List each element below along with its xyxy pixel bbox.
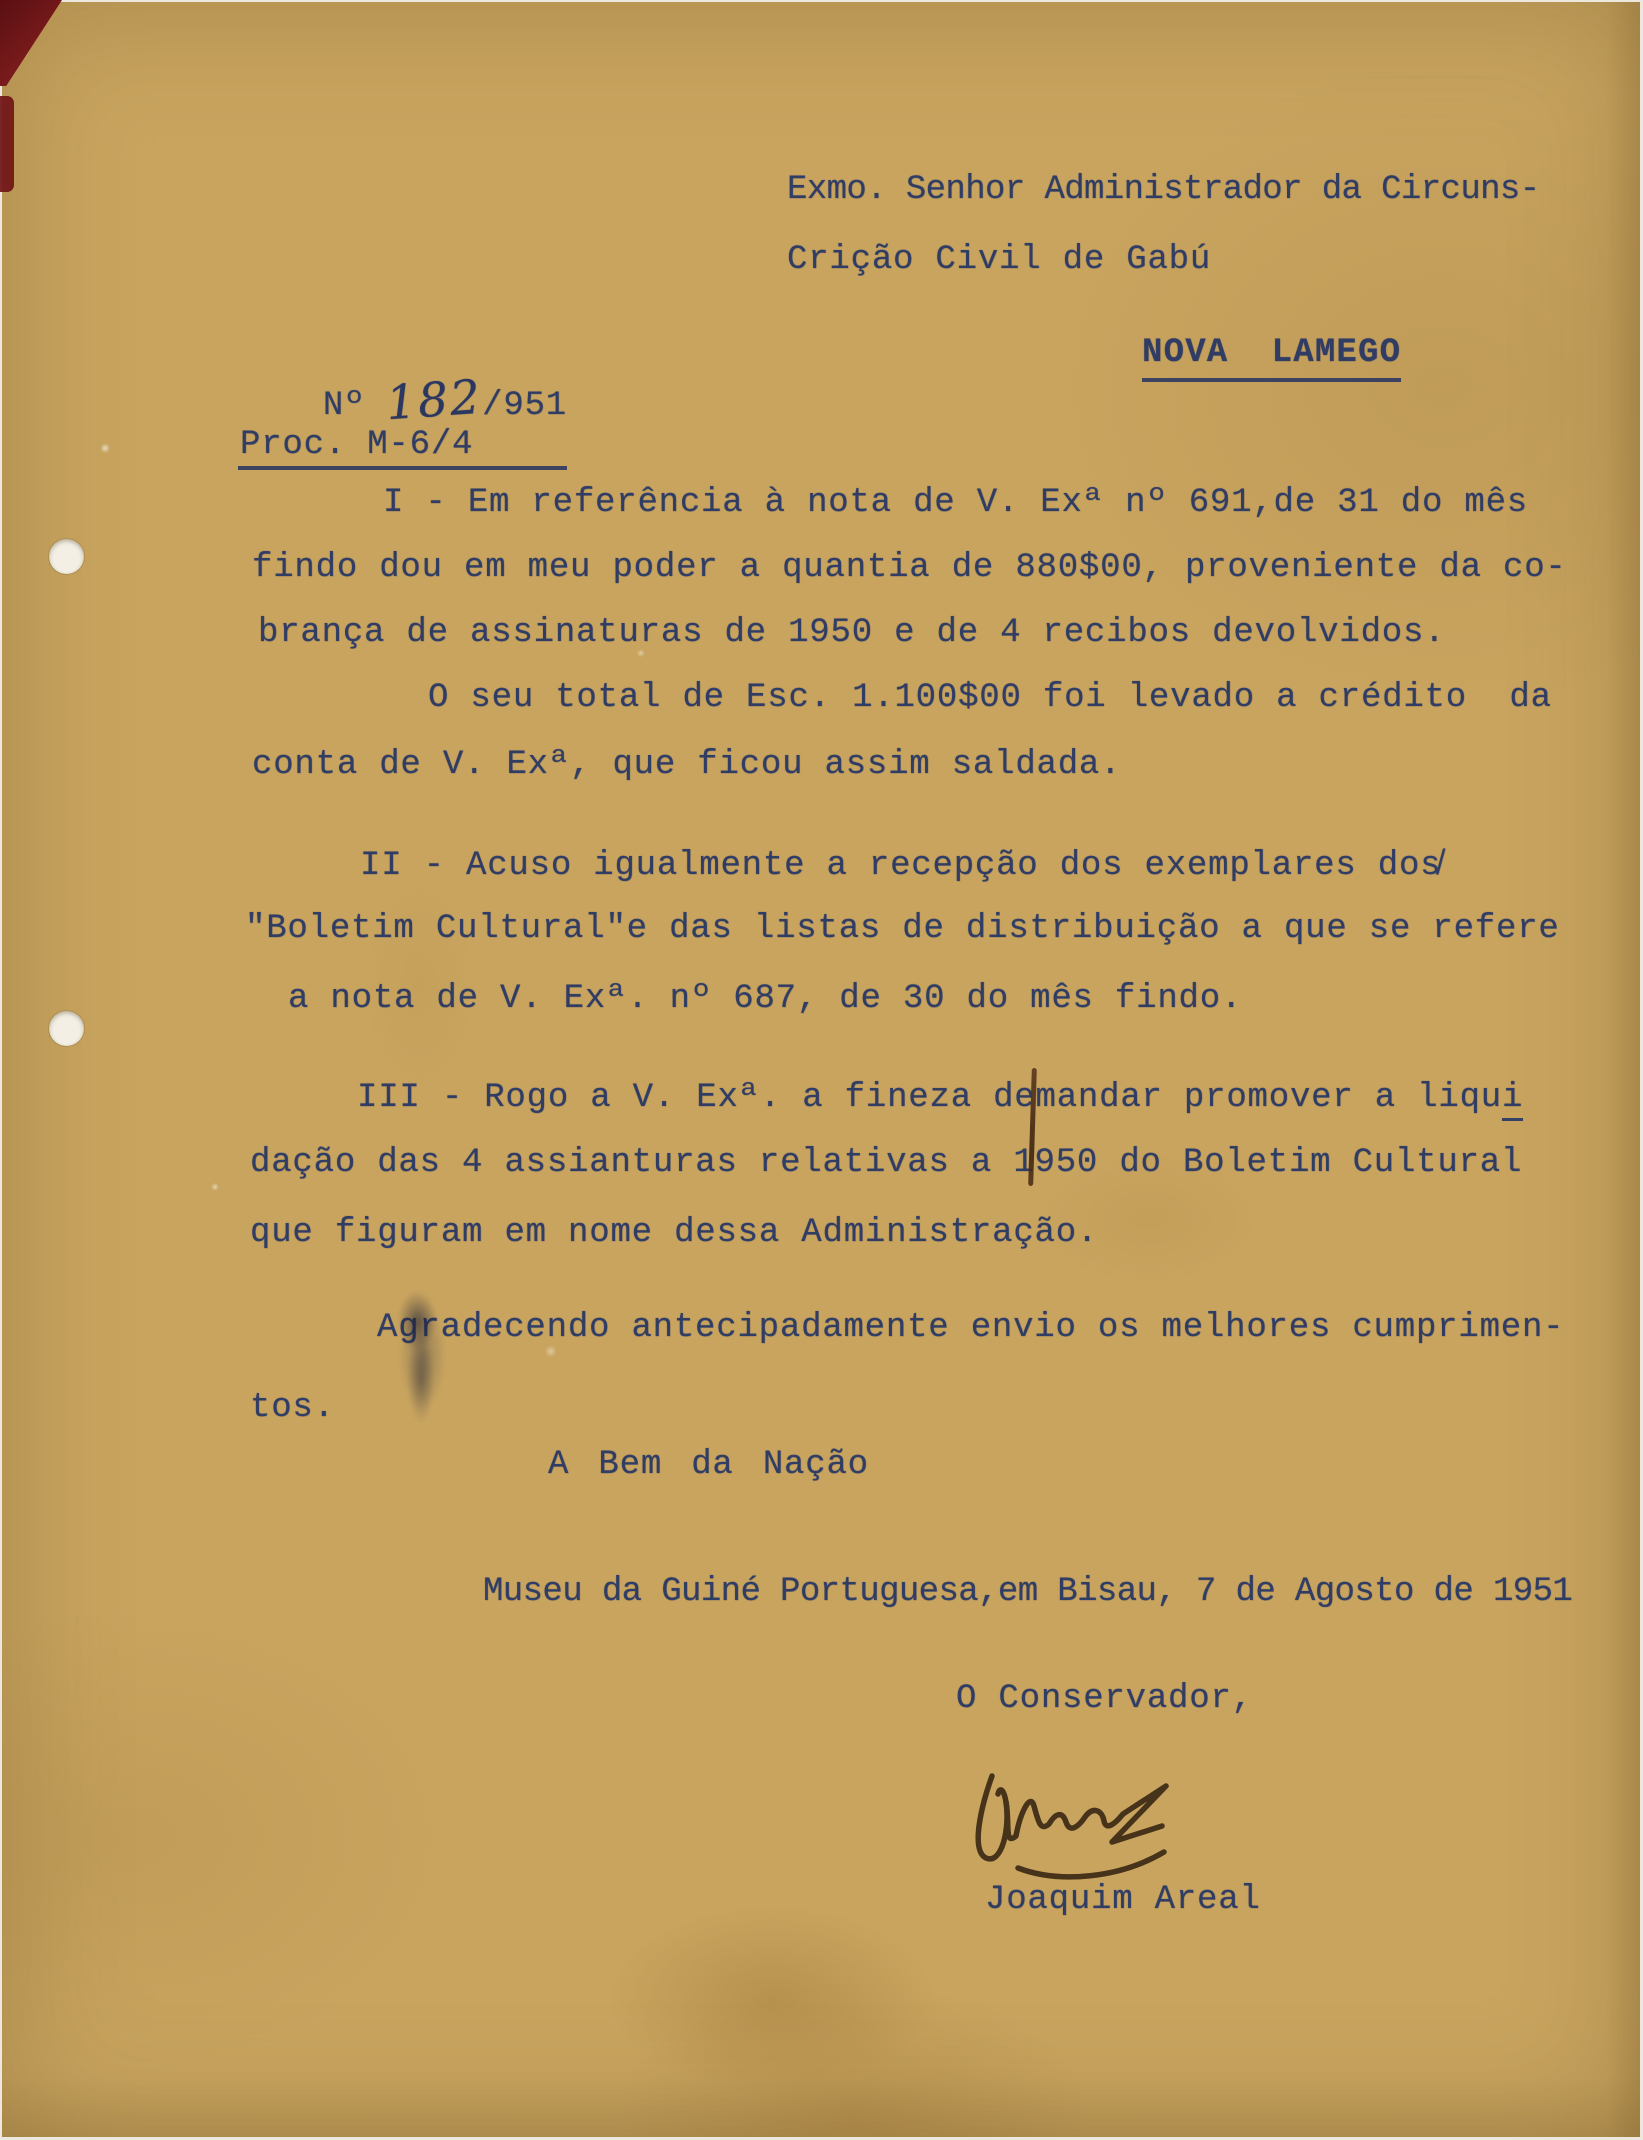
dateline: Museu da Guiné Portuguesa,em Bisau, 7 de… [483, 1575, 1572, 1611]
ink-blot [382, 1288, 460, 1438]
reference-number-handwritten: 182 [385, 378, 483, 422]
signature-scribble [952, 1742, 1210, 1900]
body-line: tos. [250, 1391, 335, 1427]
body-line: brança de assinaturas de 1950 e de 4 rec… [258, 616, 1445, 652]
body-line: a nota de V. Exª. nº 687, de 30 do mês f… [288, 982, 1242, 1018]
body-line: III - Rogo a V. Exª. a fineza demandar p… [357, 1081, 1523, 1117]
place-name: NOVA LAMEGO [1142, 336, 1401, 382]
body-line: O seu total de Esc. 1.100$00 foi levado … [428, 681, 1552, 717]
edge-fragment [0, 96, 14, 192]
body-line: "Boletim Cultural"e das listas de distri… [245, 912, 1560, 948]
body-line: I - Em referência à nota de V. Exª nº 69… [383, 486, 1528, 522]
motto: A Bem da Nação [548, 1448, 869, 1484]
body-line: Agradecendo antecipadamente envio os mel… [377, 1311, 1564, 1347]
punch-hole-bottom [49, 1011, 84, 1046]
scanned-letter-page: Exmo. Senhor Administrador da Circuns- C… [0, 0, 1643, 2140]
body-line-text: III - Rogo a V. Exª. a fineza demandar p… [357, 1079, 1502, 1117]
reference-suffix: /951 [482, 387, 567, 425]
signature-name: Joaquim Areal [985, 1883, 1261, 1919]
body-line: conta de V. Exª, que ficou assim saldada… [252, 748, 1121, 784]
body-line: II - Acuso igualmente a recepção dos exe… [360, 849, 1441, 885]
role-line: O Conservador, [956, 1682, 1253, 1718]
addressee-line-2: Crição Civil de Gabú [787, 243, 1211, 279]
body-line: dação das 4 assianturas relativas a 1950… [250, 1146, 1522, 1182]
body-line: findo dou em meu poder a quantia de 880$… [252, 551, 1567, 587]
hyphenation-underline: i [1502, 1079, 1523, 1121]
body-line: que figuram em nome dessa Administração. [250, 1216, 1098, 1252]
process-number: Proc. M-6/4 [240, 428, 473, 464]
punch-hole-top [49, 539, 84, 574]
paper-sheet [2, 2, 1640, 2137]
reference-prefix: Nº [323, 387, 387, 425]
addressee-line-1: Exmo. Senhor Administrador da Circuns- [787, 173, 1540, 209]
